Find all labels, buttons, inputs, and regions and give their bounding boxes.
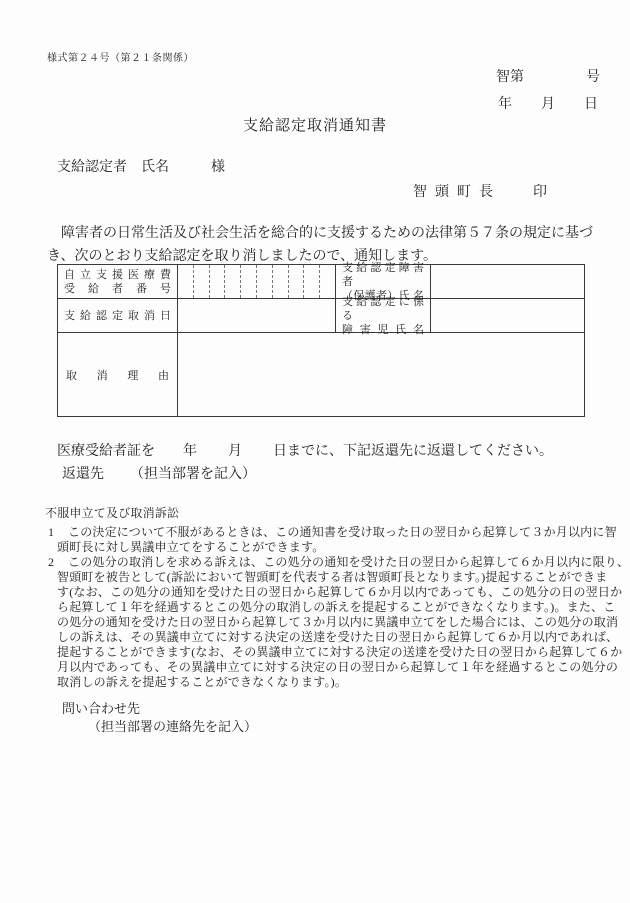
digit-box [209,265,225,298]
appeal-item-2: 2 この処分の取消しを求める訴えは、この処分の通知を受けた日の翌日から起算して６… [45,555,629,690]
date-month-label: 月 [541,93,555,113]
appeal-item-2-line: 提起することができます(なお、その異議申立てに対する決定の送達を受けた日の翌日か… [45,645,629,660]
return-destination-label: 返還先 [62,467,104,482]
addressee-role: 支給認定者 [57,160,127,175]
child-name-label-cell: 支 給 認 定 に 係 る 障 害 児 氏 名 [336,299,431,333]
document-number-line: 智第 号 [496,66,600,86]
return-destination-line: 返還先（担当部署を記入） [62,463,256,483]
certified-person-value-cell [431,265,584,299]
body-line-1: 障害者の日常生活及び社会生活を総合的に支援するための法律第５７条の規定に基づ [47,222,593,245]
recipient-number-label-cell: 自 立 支 援 医 療 費 受 給 者 番 号 [58,265,178,299]
issue-date-line: 年 月 日 [498,93,598,113]
appeal-item-2-line: ら起算して１年を経過するとこの処分の取消しの訴えを提起することができなくなります… [45,600,629,615]
digit-box [288,265,304,298]
contact-note: （担当部署の連絡先を記入） [62,718,257,736]
certified-person-label-line1: 支 給 認 定 障 害 者 [342,261,424,289]
addressee-honorific: 様 [211,160,225,175]
document-number-suffix: 号 [586,66,600,86]
appeal-section: 不服申立て及び取消訴訟 1 この決定について不服があるときは、この通知書を受け取… [45,506,629,690]
appeal-item-1-number: 1 [48,525,54,540]
appeal-item-1: 1 この決定について不服があるときは、この通知書を受け取った日の翌日から起算して… [45,525,629,555]
digit-box [256,265,272,298]
appeal-item-2-line: す(なお、この処分の通知を受けた日の翌日から起算して６か月以内であっても、この処… [45,585,629,600]
recipient-number-label-line1: 自 立 支 援 医 療 費 [64,268,171,282]
cancel-date-label: 支 給 認 定 取 消 日 [64,309,171,323]
document-page: 様式第２４号（第２１条関係） 智第 号 年 月 日 支給認定取消通知書 支給認定… [0,0,630,903]
seal-mark: 印 [533,185,547,200]
digit-box [224,265,240,298]
return-tail: 日までに、下記返還先に返還してください。 [273,444,553,459]
date-year-label: 年 [498,93,512,113]
appeal-heading: 不服申立て及び取消訴訟 [45,506,629,521]
recipient-number-label-line2: 受 給 者 番 号 [64,282,171,296]
contact-label: 問い合わせ先 [62,700,257,718]
cancel-date-value-cell [178,299,336,333]
appeal-item-1-line: この決定について不服があるときは、この通知書を受け取った日の翌日から起算して３か… [45,525,629,540]
return-month-label: 月 [228,444,242,459]
appeal-item-2-line: 月以内であっても、その異議申立てに対する決定の日の翌日から起算して１年を経過する… [45,660,629,675]
addressee-name-label: 氏名 [141,160,169,175]
appeal-item-2-line: この処分の取消しを求める訴えは、この処分の通知を受けた日の翌日から起算して６か月… [45,555,629,570]
appeal-item-2-line: 智頭町を被告として(訴訟において智頭町を代表する者は智頭町長となります。)提起す… [45,570,629,585]
child-name-label-line1: 支 給 認 定 に 係 る [342,295,424,323]
issuer-line: 智頭町長印 [413,181,547,201]
reason-label-cell: 取 消 理 由 [58,333,178,416]
contact-section: 問い合わせ先 （担当部署の連絡先を記入） [62,700,257,736]
appeal-item-2-line: 取消しの訴えを提起することができなくなります。)。 [45,675,629,690]
form-number: 様式第２４号（第２１条関係） [47,49,194,64]
body-paragraph: 障害者の日常生活及び社会生活を総合的に支援するための法律第５７条の規定に基づ き… [47,222,593,268]
digit-box [303,265,319,298]
return-lead: 医療受給者証を [57,444,155,459]
reason-value-cell [178,333,584,416]
appeal-item-1-line: 頭町長に対し異議申立てをすることができます。 [45,540,629,555]
digit-box [178,265,193,298]
digit-box [272,265,288,298]
issuer-title: 智頭町長 [413,185,501,200]
recipient-number-digit-boxes [178,265,335,298]
return-instruction-line: 医療受給者証を年月日までに、下記返還先に返還してください。 [57,440,553,460]
return-year-label: 年 [183,444,197,459]
child-name-value-cell [431,299,584,333]
reason-label: 取 消 理 由 [66,367,169,383]
return-destination-note: （担当部署を記入） [130,467,256,482]
addressee-line: 支給認定者氏名様 [57,156,225,176]
digit-box [193,265,209,298]
cancellation-table: 自 立 支 援 医 療 費 受 給 者 番 号 支 給 認 定 障 害 者 （保… [57,264,585,417]
appeal-item-2-line: しの訴えは、その異議申立てに対する決定の送達を受けた日の翌日から起算して６か月以… [45,630,629,645]
date-day-label: 日 [584,93,598,113]
page-title: 支給認定取消通知書 [0,114,630,135]
appeal-item-2-line: の処分の通知を受けた日の翌日から起算して３か月以内に異議申立てをした場合には、こ… [45,615,629,630]
recipient-number-value-cell [178,265,336,299]
digit-box [319,265,335,298]
digit-box [240,265,256,298]
cancel-date-label-cell: 支 給 認 定 取 消 日 [58,299,178,333]
document-number-prefix: 智第 [496,66,524,86]
appeal-item-2-number: 2 [48,555,54,570]
